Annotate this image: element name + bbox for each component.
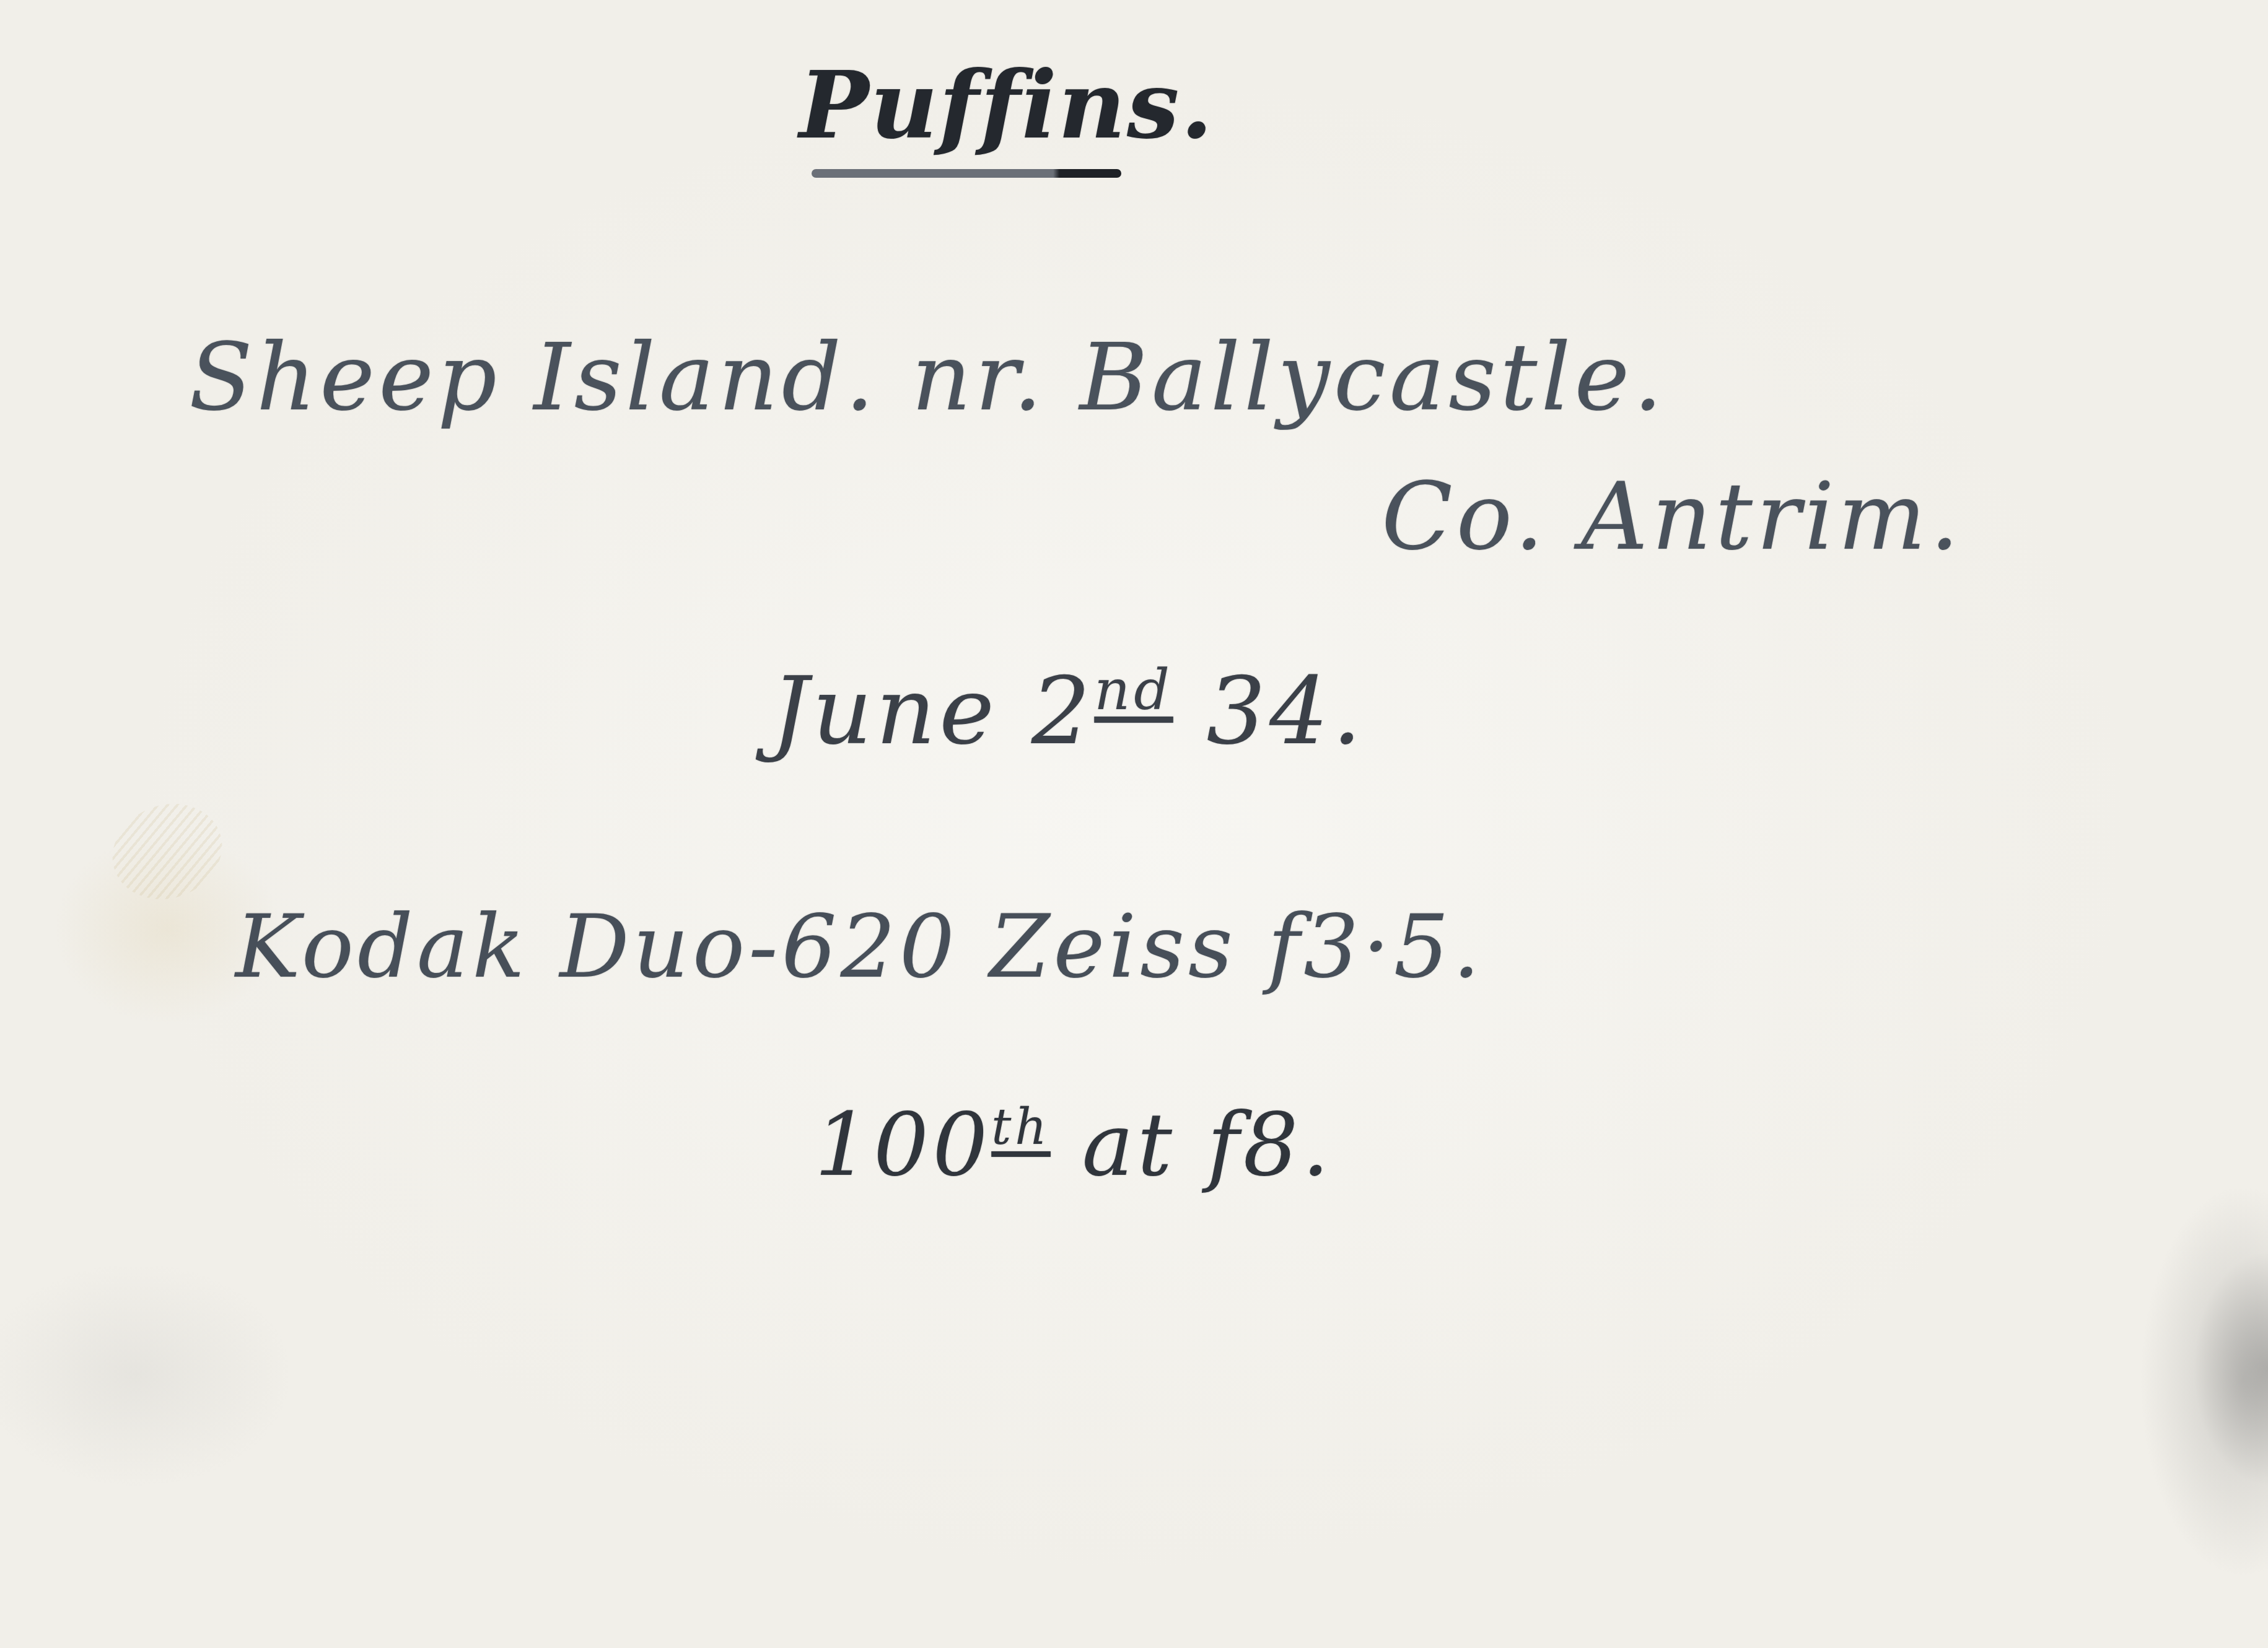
- edge-stain: [2193, 1251, 2268, 1486]
- date-day: June 2: [771, 658, 1094, 765]
- county-line: Co. Antrim.: [1381, 471, 1963, 564]
- camera-line: Kodak Duo-620 Zeiss f3·5.: [235, 904, 1484, 991]
- date-ordinal: nd: [1094, 658, 1173, 723]
- date-line: June 2nd 34.: [771, 663, 1365, 758]
- location-line: Sheep Island. nr. Ballycastle.: [189, 331, 1666, 424]
- exposure-speed: 100: [815, 1095, 991, 1196]
- photo-back-card: Puffins. Sheep Island. nr. Ballycastle. …: [0, 0, 2268, 1648]
- exposure-line: 100th at f8.: [815, 1102, 1333, 1189]
- document-title: Puffins.: [799, 59, 1214, 152]
- title-underline: [812, 169, 1121, 178]
- fingerprint-smudge: [99, 789, 235, 915]
- date-year: 34.: [1173, 658, 1365, 765]
- exposure-aperture: at f8.: [1051, 1095, 1333, 1196]
- exposure-ordinal: th: [991, 1098, 1051, 1156]
